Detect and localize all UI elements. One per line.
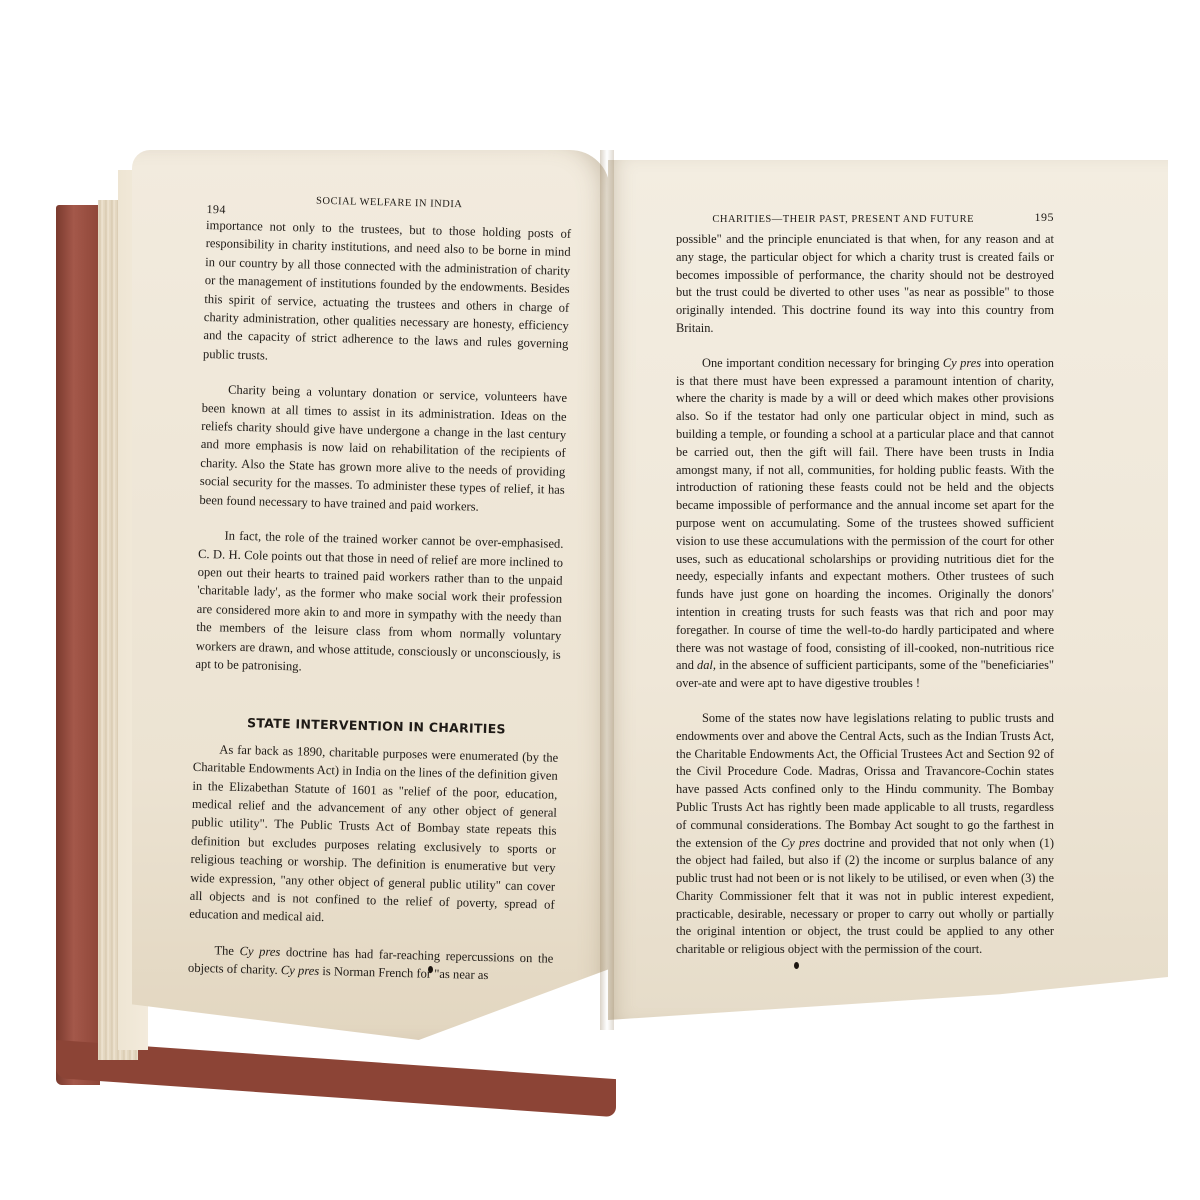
paragraph: In fact, the role of the trained worker … (195, 526, 563, 682)
page-mark-dot (794, 962, 799, 969)
right-running-head: CHARITIES—THEIR PAST, PRESENT AND FUTURE… (676, 205, 1054, 231)
section-heading: STATE INTERVENTION IN CHARITIES (194, 713, 559, 740)
paragraph: One important condition necessary for br… (676, 355, 1054, 693)
book-cover-bottom (56, 1040, 616, 1117)
page-mark-dot (428, 966, 433, 973)
paragraph: possible" and the principle enunciated i… (676, 231, 1054, 338)
right-page-text: CHARITIES—THEIR PAST, PRESENT AND FUTURE… (676, 205, 1054, 959)
left-page-text: 194 SOCIAL WELFARE IN INDIA importance n… (188, 190, 572, 986)
paragraph: Some of the states now have legislations… (676, 710, 1054, 959)
right-page-number: 195 (1035, 209, 1055, 227)
book-cover-edge (56, 205, 100, 1085)
paragraph: importance not only to the trustees, but… (203, 216, 571, 372)
right-running-title: CHARITIES—THEIR PAST, PRESENT AND FUTURE (676, 211, 1014, 229)
book-gutter (600, 150, 614, 1030)
paragraph: As far back as 1890, charitable purposes… (189, 740, 558, 933)
open-book-photo: 194 SOCIAL WELFARE IN INDIA importance n… (0, 0, 1200, 1200)
paragraph: Charity being a voluntary donation or se… (199, 380, 567, 518)
